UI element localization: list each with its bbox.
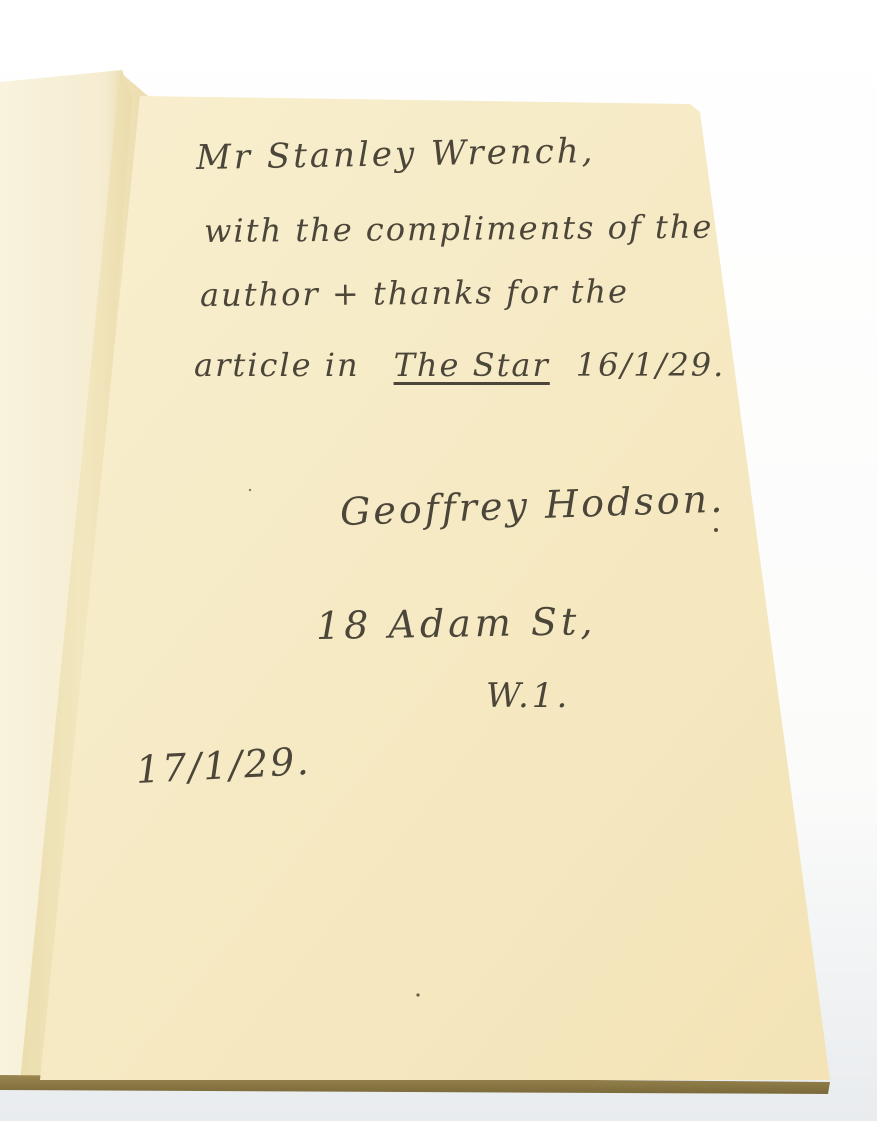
article-date: 16/1/29. — [576, 346, 726, 384]
foxing-spot — [416, 993, 419, 996]
inscription-line-4: article inThe Star16/1/29. — [194, 346, 725, 384]
foxing-spot — [714, 528, 718, 532]
publication-title: The Star — [394, 346, 550, 384]
inscription-date: 17/1/29. — [135, 739, 312, 792]
address-line-2: W.1. — [486, 676, 570, 716]
inscription-line-3: author + thanks for the — [200, 272, 629, 314]
foxing-spot — [249, 489, 251, 491]
address-line-1: 18 Adam St, — [316, 599, 597, 648]
inscription-recipient: Mr Stanley Wrench, — [196, 131, 596, 178]
inscription-line-4-prefix: article in — [194, 346, 360, 384]
inscription-line-2: with the compliments of the — [204, 208, 714, 250]
book-photo: Mr Stanley Wrench, with the compliments … — [0, 0, 877, 1121]
